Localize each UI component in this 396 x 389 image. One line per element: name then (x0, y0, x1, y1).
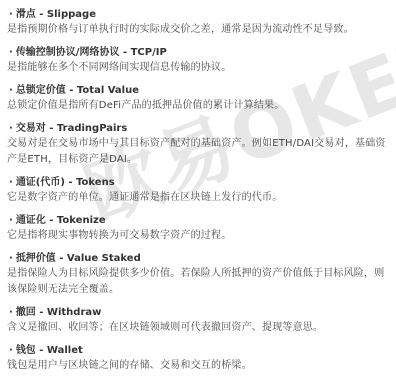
glossary-entry-tokenize: ·通证化 - Tokenize 它是指将现实事物转换为可交易数字资产的过程。 (7, 214, 391, 244)
bullet-marker: · (9, 253, 13, 264)
glossary-entry-wallet: ·钱包 - Wallet 钱包是用户与区块链之间的存储、交易和交互的桥梁。 (7, 344, 391, 374)
entry-definition: 钱包是用户与区块链之间的存储、交易和交互的桥梁。 (7, 358, 391, 374)
glossary-entry-slippage: ·滑点 - Slippage 是指预期价格与订单执行时的实际成交价之差，通常是因… (7, 8, 391, 38)
glossary-entry-trading-pairs: ·交易对 - TradingPairs 交易对是在交易市场中与其目标资产配对的基… (7, 122, 391, 168)
glossary-entry-value-staked: ·抵押价值 - Value Staked 是指保险人为目标风险提供多少价值。若保… (7, 252, 391, 298)
glossary-entry-total-value: ·总锁定价值 - Total Value 总锁定价值是指所有DeFi产品的抵押品… (7, 84, 391, 114)
entry-definition: 是指保险人为目标风险提供多少价值。若保险人所抵押的资产价值低于目标风险，则该保险… (7, 266, 391, 298)
bullet-marker: · (9, 345, 13, 356)
entry-definition: 是指预期价格与订单执行时的实际成交价之差，通常是因为流动性不足导致。 (7, 22, 391, 38)
entry-title-text: 传输控制协议/网络协议 - TCP/IP (16, 47, 167, 58)
entry-definition: 它是指将现实事物转换为可交易数字资产的过程。 (7, 228, 391, 244)
entry-title: ·总锁定价值 - Total Value (7, 84, 391, 98)
entry-title: ·传输控制协议/网络协议 - TCP/IP (7, 46, 391, 60)
glossary-page: 欧易OKEX ·滑点 - Slippage 是指预期价格与订单执行时的实际成交价… (0, 0, 396, 389)
glossary-entry-withdraw: ·撤回 - Withdraw 含义是撤回、收回等；在区块链领域则可代表撤回资产、… (7, 306, 391, 336)
entry-title-text: 通证化 - Tokenize (16, 215, 106, 226)
entry-title-text: 交易对 - TradingPairs (16, 123, 128, 134)
glossary-list: ·滑点 - Slippage 是指预期价格与订单执行时的实际成交价之差，通常是因… (0, 0, 396, 374)
entry-definition: 它是数字资产的单位。通证通常是指在区块链上发行的代币。 (7, 190, 391, 206)
bullet-marker: · (9, 307, 13, 318)
entry-title-text: 撤回 - Withdraw (16, 307, 102, 318)
bullet-marker: · (9, 123, 13, 134)
entry-title-text: 总锁定价值 - Total Value (16, 85, 139, 96)
bullet-marker: · (9, 85, 13, 96)
entry-definition: 交易对是在交易市场中与其目标资产配对的基础资产。例如ETH/DAI交易对，基础资… (7, 136, 391, 168)
entry-title: ·滑点 - Slippage (7, 8, 391, 22)
entry-title-text: 钱包 - Wallet (16, 345, 83, 356)
entry-definition: 总锁定价值是指所有DeFi产品的抵押品价值的累计计算结果。 (7, 98, 391, 114)
entry-title-text: 通证(代币) - Tokens (16, 177, 115, 188)
bullet-marker: · (9, 47, 13, 58)
entry-title: ·撤回 - Withdraw (7, 306, 391, 320)
bullet-marker: · (9, 177, 13, 188)
entry-title: ·钱包 - Wallet (7, 344, 391, 358)
glossary-entry-tcpip: ·传输控制协议/网络协议 - TCP/IP 是指能够在多个不同网络间实现信息传输… (7, 46, 391, 76)
entry-title-text: 滑点 - Slippage (16, 9, 96, 20)
glossary-entry-tokens: ·通证(代币) - Tokens 它是数字资产的单位。通证通常是指在区块链上发行… (7, 176, 391, 206)
entry-definition: 是指能够在多个不同网络间实现信息传输的协议。 (7, 60, 391, 76)
entry-title: ·交易对 - TradingPairs (7, 122, 391, 136)
entry-title: ·通证化 - Tokenize (7, 214, 391, 228)
entry-title: ·抵押价值 - Value Staked (7, 252, 391, 266)
entry-title: ·通证(代币) - Tokens (7, 176, 391, 190)
entry-definition: 含义是撤回、收回等；在区块链领域则可代表撤回资产、提现等意思。 (7, 320, 391, 336)
entry-title-text: 抵押价值 - Value Staked (16, 253, 141, 264)
bullet-marker: · (9, 9, 13, 20)
bullet-marker: · (9, 215, 13, 226)
